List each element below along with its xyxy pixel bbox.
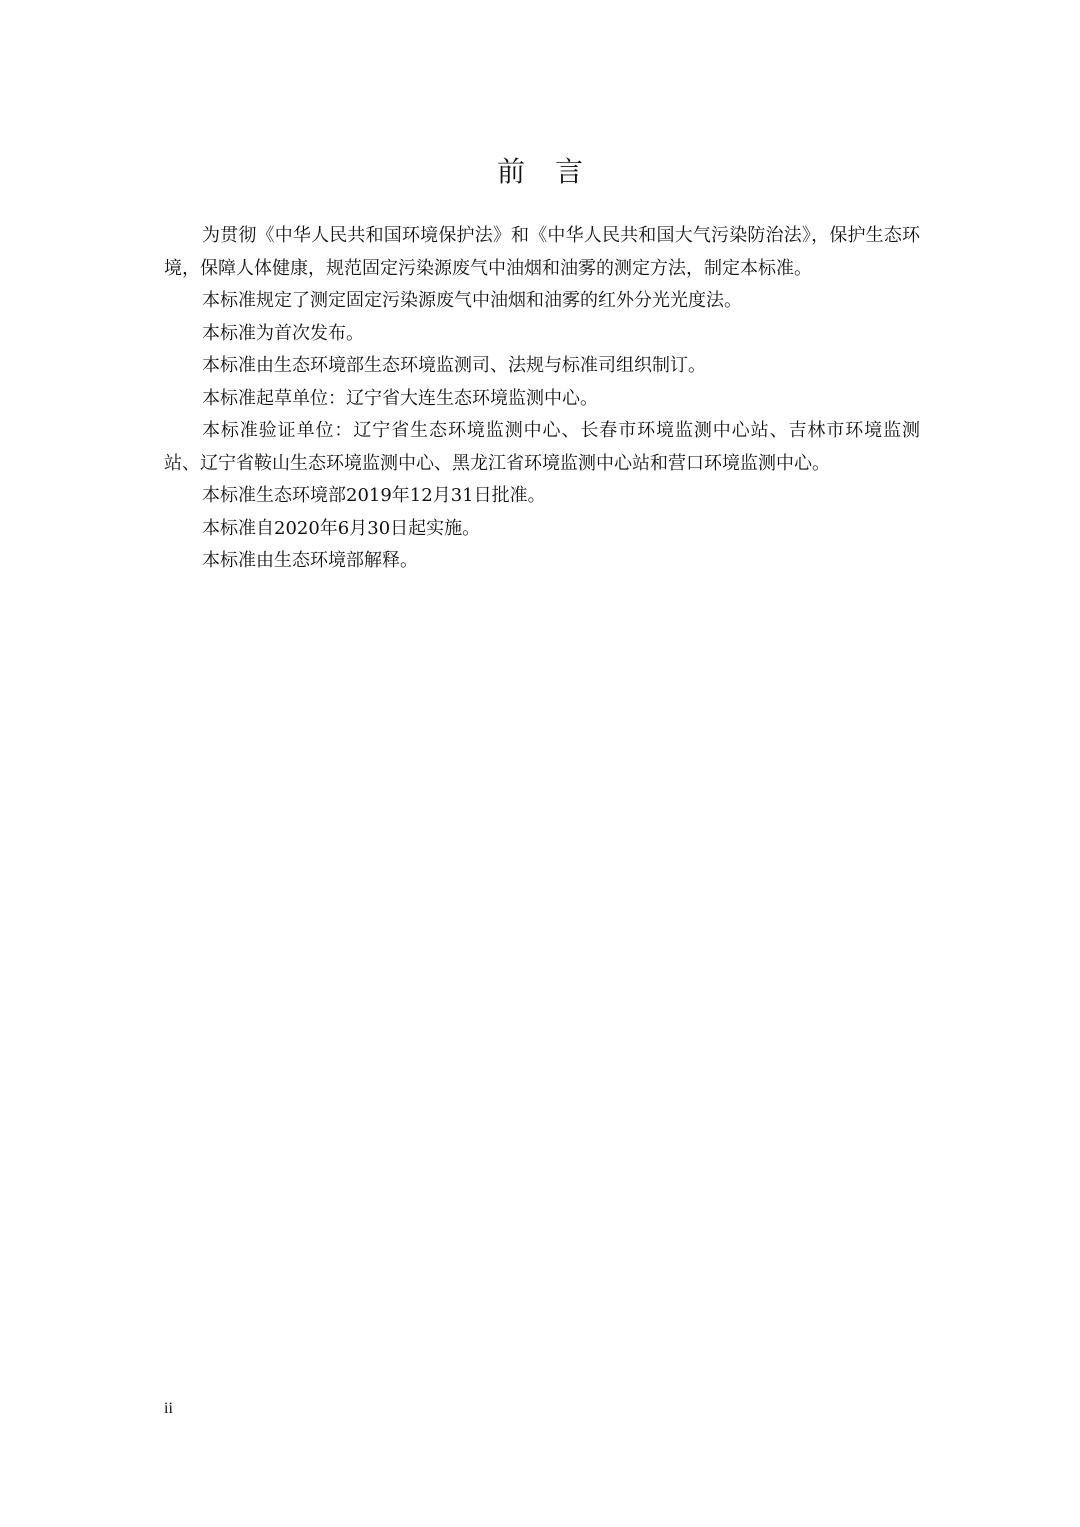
paragraph-drafting-unit: 本标准起草单位：辽宁省大连生态环境监测中心。: [164, 383, 920, 416]
page-title: 前言: [0, 152, 1080, 192]
paragraph-organizer: 本标准由生态环境部生态环境监测司、法规与标准司组织制订。: [164, 350, 920, 383]
paragraph-effective-date: 本标准自2020年6月30日起实施。: [164, 513, 920, 546]
paragraph-approval-date: 本标准生态环境部2019年12月31日批准。: [164, 480, 920, 513]
document-page: 前言 为贯彻《中华人民共和国环境保护法》和《中华人民共和国大气污染防治法》，保护…: [0, 0, 1080, 1527]
paragraph-first-release: 本标准为首次发布。: [164, 318, 920, 351]
preface-body: 为贯彻《中华人民共和国环境保护法》和《中华人民共和国大气污染防治法》，保护生态环…: [164, 220, 920, 578]
paragraph-verification-units: 本标准验证单位：辽宁省生态环境监测中心、长春市环境监测中心站、吉林市环境监测站、…: [164, 415, 920, 480]
paragraph-purpose: 为贯彻《中华人民共和国环境保护法》和《中华人民共和国大气污染防治法》，保护生态环…: [164, 220, 920, 285]
paragraph-interpretation: 本标准由生态环境部解释。: [164, 545, 920, 578]
page-number: ii: [164, 1400, 173, 1418]
paragraph-scope: 本标准规定了测定固定污染源废气中油烟和油雾的红外分光光度法。: [164, 285, 920, 318]
